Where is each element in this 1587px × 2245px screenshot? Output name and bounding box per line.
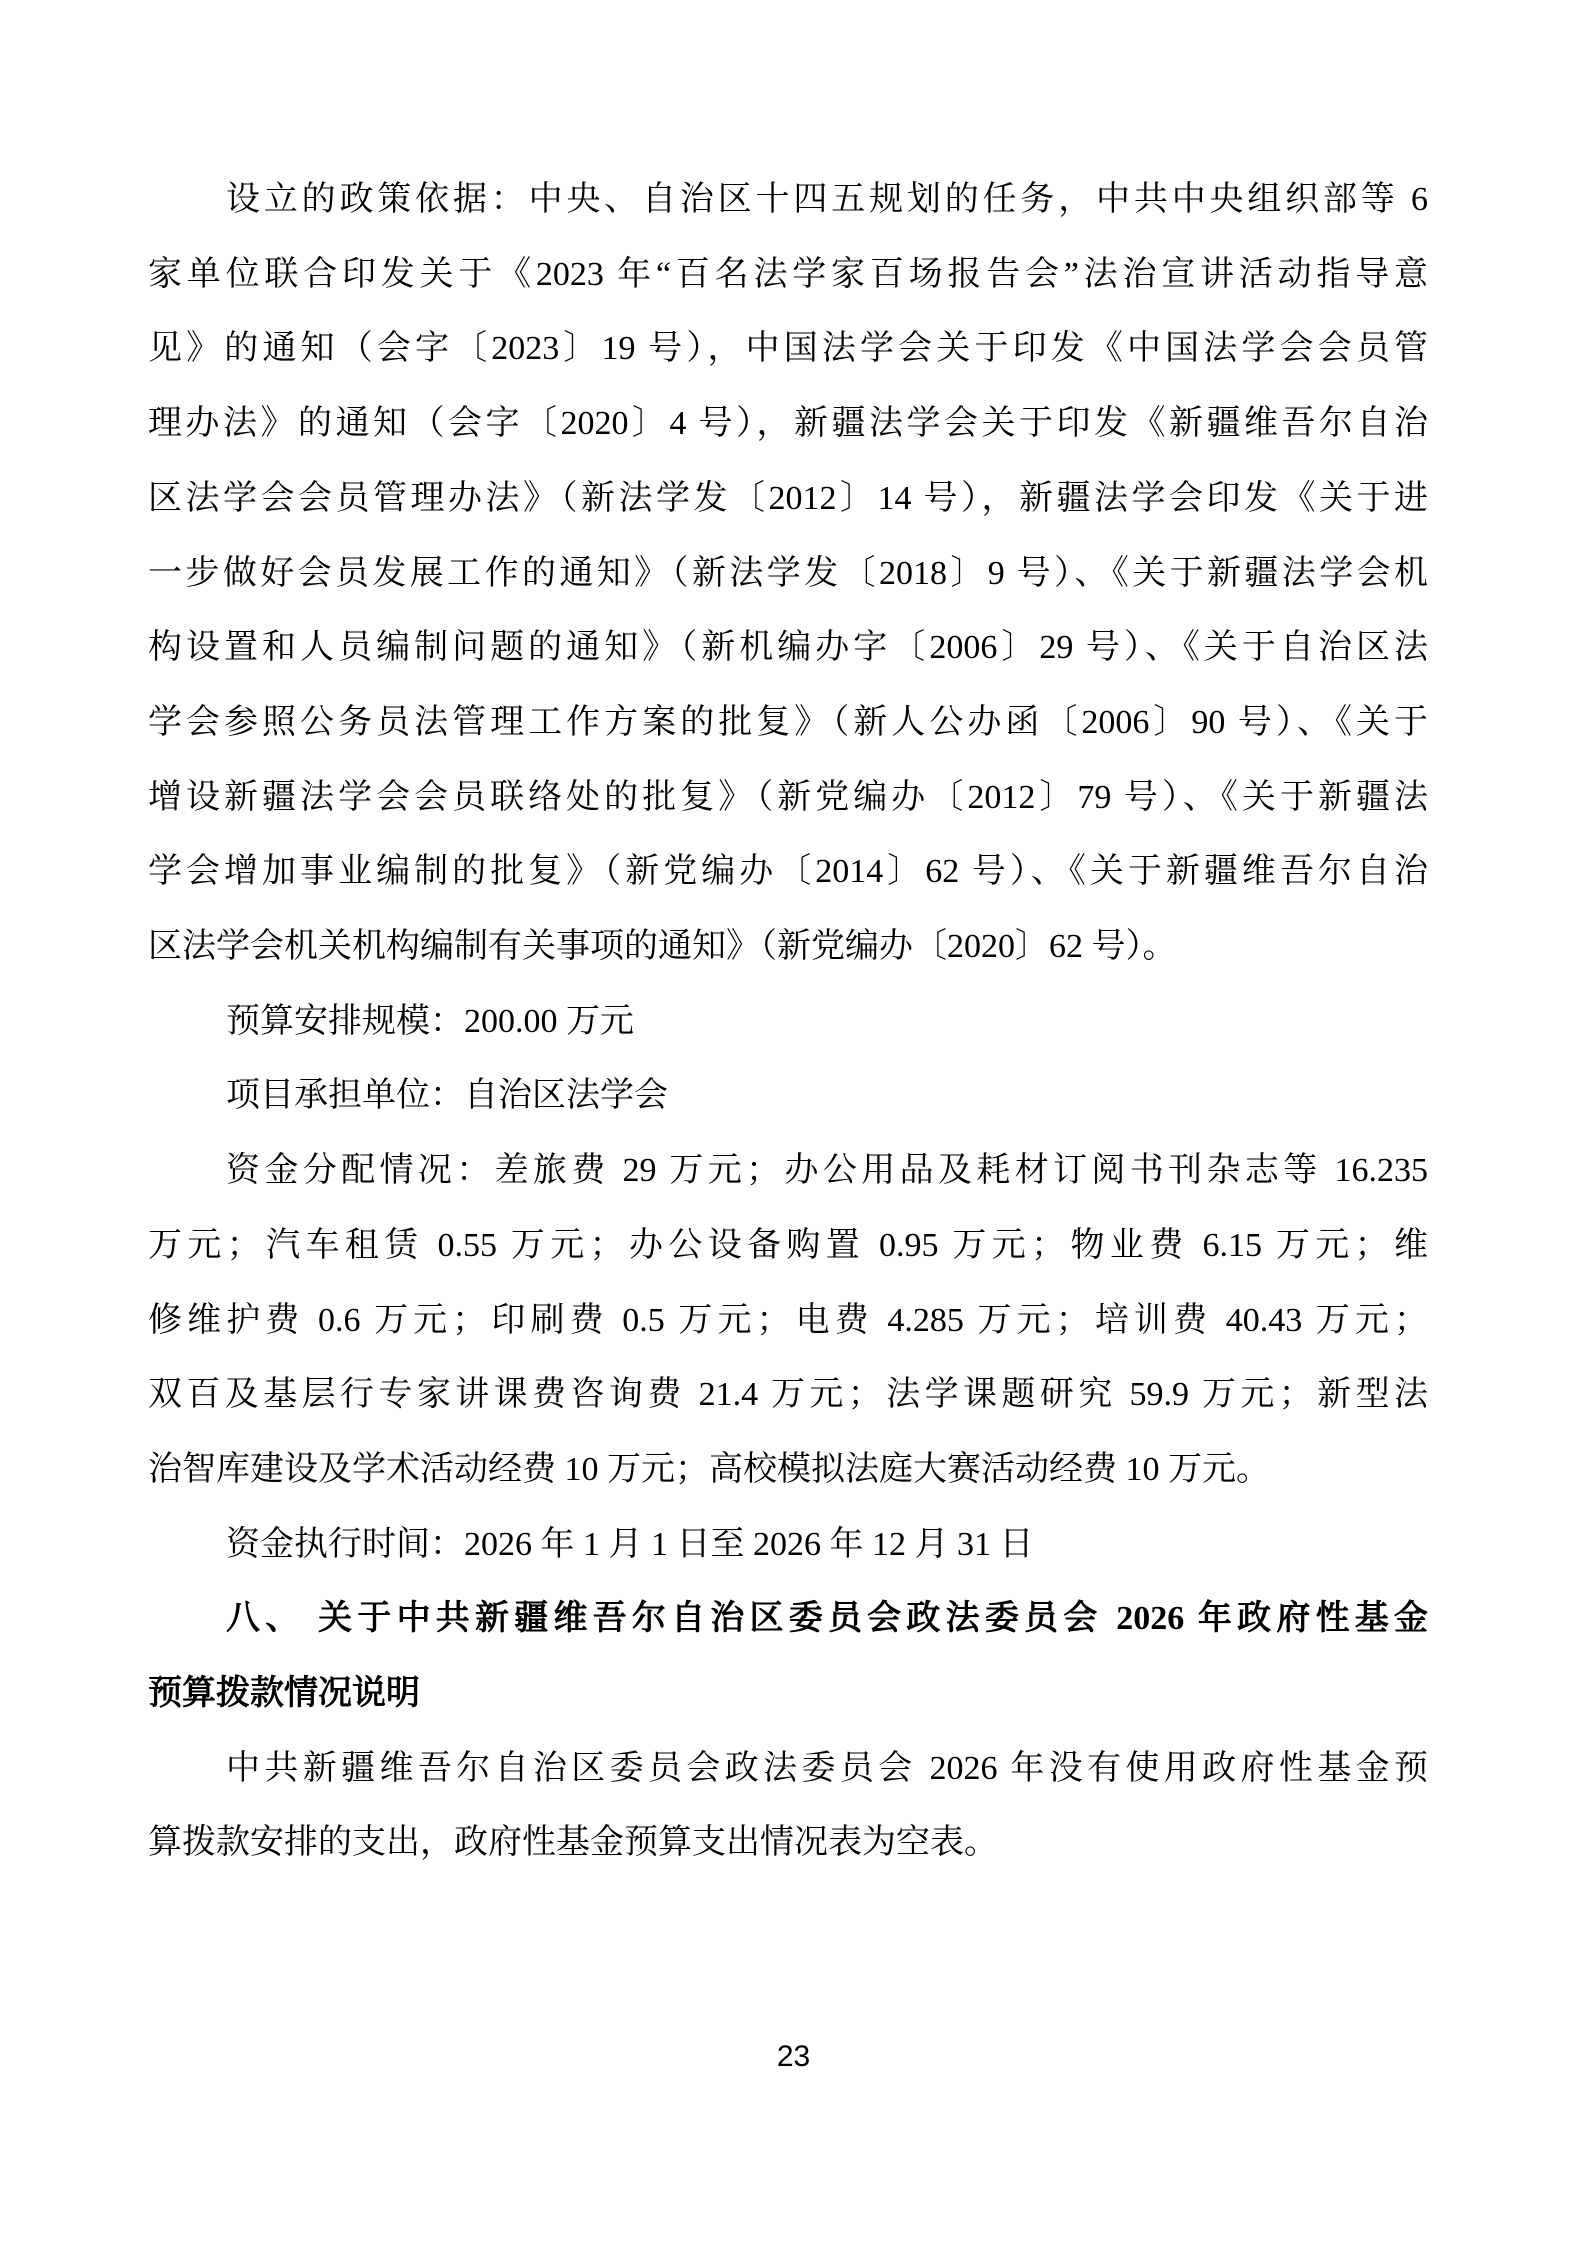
text-line: 修维护费 0.6 万元；印刷费 0.5 万元；电费 4.285 万元；培训费 4… <box>148 1284 1428 1359</box>
page-number: 23 <box>0 2040 1587 2074</box>
text-line: 中共新疆维吾尔自治区委员会政法委员会 2026 年没有使用政府性基金预 <box>148 1732 1428 1807</box>
text-line: 资金执行时间：2026 年 1 月 1 日至 2026 年 12 月 31 日 <box>148 1508 1428 1583</box>
text-line: 学会增加事业编制的批复》（新党编办〔2014〕62 号）、《关于新疆维吾尔自治 <box>148 835 1428 910</box>
section-heading-line: 预算拨款情况说明 <box>148 1657 1428 1732</box>
text-line: 区法学会会员管理办法》（新法学发〔2012〕14 号），新疆法学会印发《关于进 <box>148 462 1428 537</box>
text-line: 算拨款安排的支出，政府性基金预算支出情况表为空表。 <box>148 1806 1428 1881</box>
text-line: 治智库建设及学术活动经费 10 万元；高校模拟法庭大赛活动经费 10 万元。 <box>148 1433 1428 1508</box>
text-line: 见》的通知（会字〔2023〕19 号），中国法学会关于印发《中国法学会会员管 <box>148 312 1428 387</box>
text-line: 项目承担单位：自治区法学会 <box>148 1059 1428 1134</box>
section-heading-line: 八、 关于中共新疆维吾尔自治区委员会政法委员会 2026 年政府性基金 <box>148 1582 1428 1657</box>
text-line: 万元；汽车租赁 0.55 万元；办公设备购置 0.95 万元；物业费 6.15 … <box>148 1209 1428 1284</box>
text-line: 家单位联合印发关于《2023 年“百名法学家百场报告会”法治宣讲活动指导意 <box>148 238 1428 313</box>
text-line: 资金分配情况：差旅费 29 万元；办公用品及耗材订阅书刊杂志等 16.235 <box>148 1134 1428 1209</box>
text-line: 增设新疆法学会会员联络处的批复》（新党编办〔2012〕79 号）、《关于新疆法 <box>148 761 1428 836</box>
text-line: 双百及基层行专家讲课费咨询费 21.4 万元；法学课题研究 59.9 万元；新型… <box>148 1358 1428 1433</box>
text-line: 理办法》的通知（会字〔2020〕4 号），新疆法学会关于印发《新疆维吾尔自治 <box>148 387 1428 462</box>
text-line: 设立的政策依据：中央、自治区十四五规划的任务，中共中央组织部等 6 <box>148 163 1428 238</box>
document-body: 设立的政策依据：中央、自治区十四五规划的任务，中共中央组织部等 6 家单位联合印… <box>148 163 1428 1881</box>
text-line: 构设置和人员编制问题的通知》（新机编办字〔2006〕29 号）、《关于自治区法 <box>148 611 1428 686</box>
text-line: 学会参照公务员法管理工作方案的批复》（新人公办函〔2006〕90 号）、《关于 <box>148 686 1428 761</box>
document-page: 设立的政策依据：中央、自治区十四五规划的任务，中共中央组织部等 6 家单位联合印… <box>0 0 1587 2245</box>
text-line: 一步做好会员发展工作的通知》（新法学发〔2018〕9 号）、《关于新疆法学会机 <box>148 537 1428 612</box>
text-line: 区法学会机关机构编制有关事项的通知》（新党编办〔2020〕62 号）。 <box>148 910 1428 985</box>
text-line: 预算安排规模：200.00 万元 <box>148 985 1428 1060</box>
